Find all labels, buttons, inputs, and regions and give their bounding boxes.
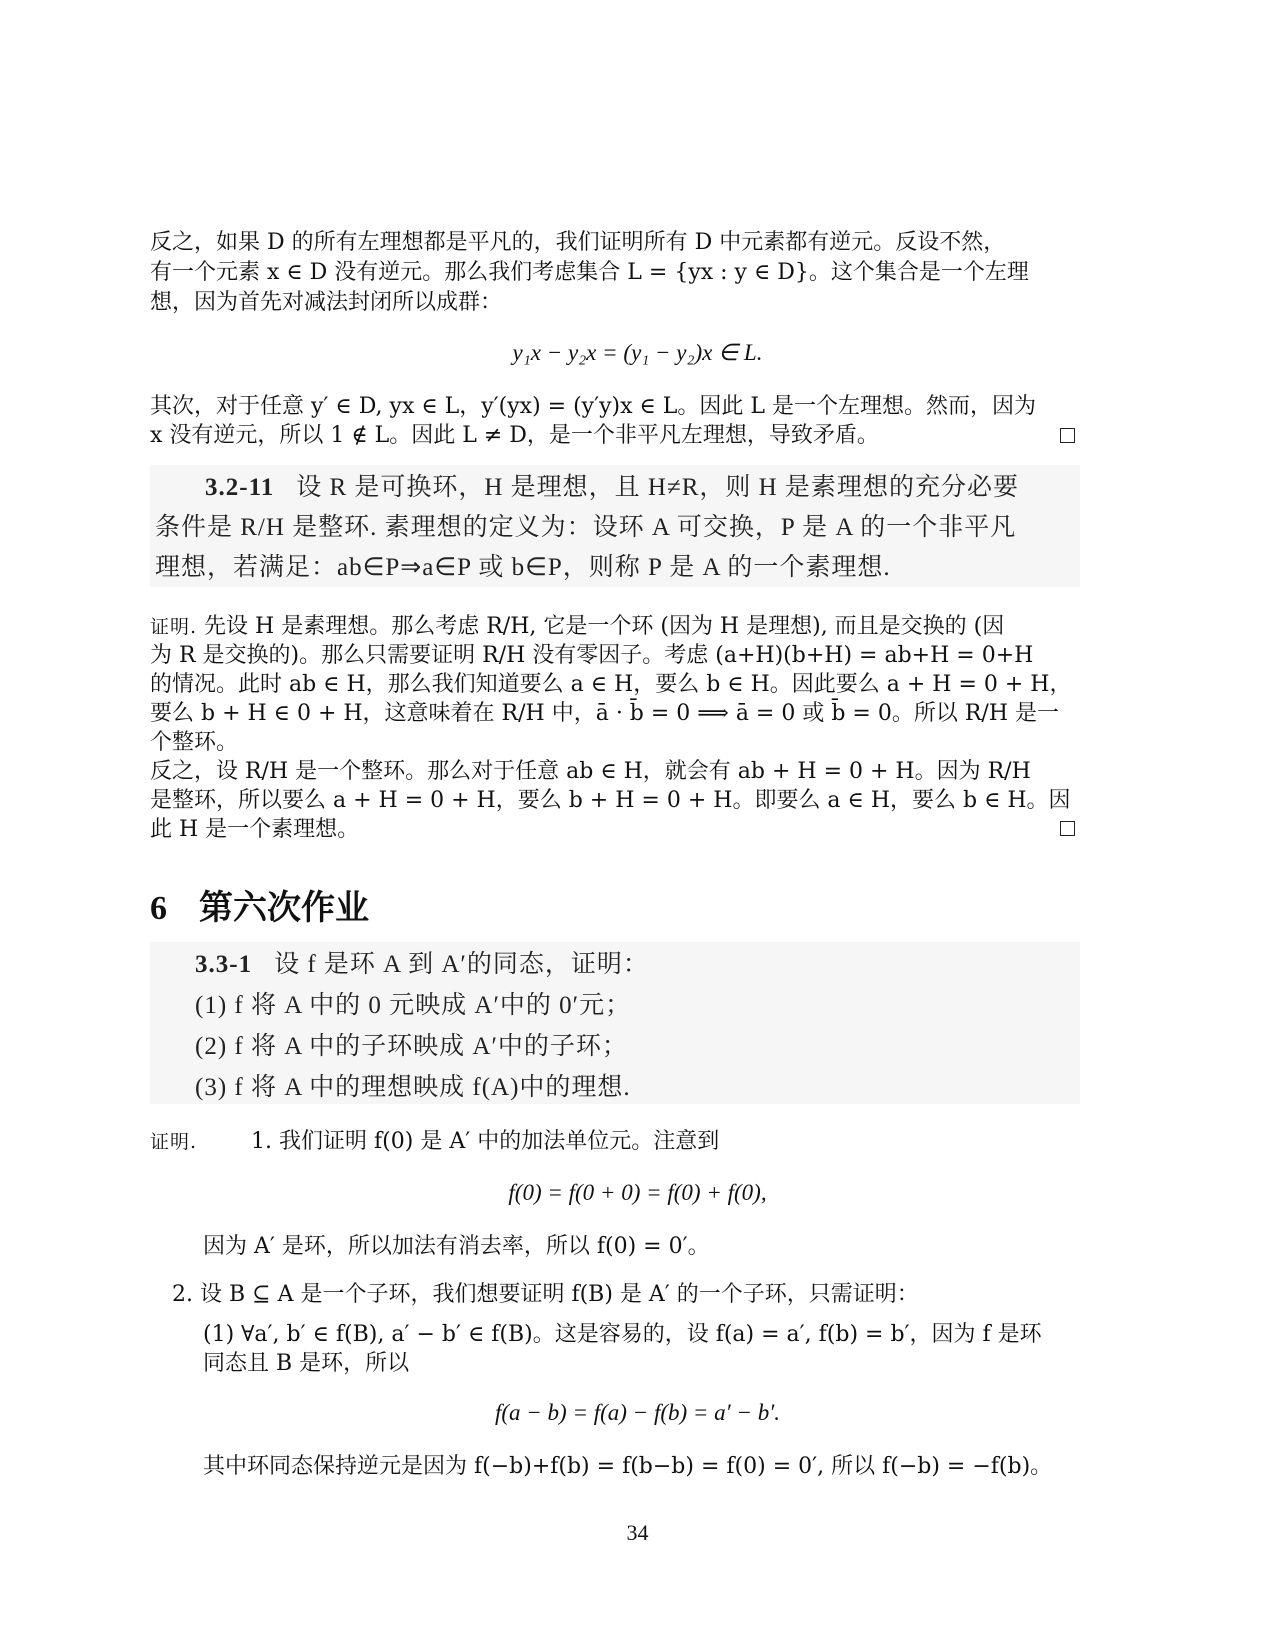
text-line: 反之，如果 D 的所有左理想都是平凡的，我们证明所有 D 中元素都有逆元。反设不… — [150, 228, 1005, 258]
display-equation: f(0) = f(0 + 0) = f(0) + f(0), — [0, 1180, 1275, 1206]
list-marker: 1. — [251, 1129, 272, 1154]
problem-text: 设 R 是可换环，H 是理想，且 H≠R，则 H 是素理想的充分必要 — [296, 474, 1019, 501]
display-equation: f(a − b) = f(a) − f(b) = a′ − b′. — [0, 1400, 1275, 1426]
problem-number: 3.2-11 — [205, 474, 274, 501]
problem-item: (2) f 将 A 中的子环映成 A′中的子环； — [195, 1026, 628, 1062]
section-title: 第六次作业 — [199, 890, 369, 927]
text-line: 为 R 是交换的)。那么只需要证明 R/H 没有零因子。考虑 (a+H)(b+H… — [150, 641, 1033, 671]
text-line: 其中环同态保持逆元是因为 f(−b)+f(b) = f(b−b) = f(0) … — [203, 1452, 1052, 1482]
section-heading: 6第六次作业 — [150, 880, 369, 929]
qed-box-icon — [1060, 821, 1075, 836]
proof-label: 证明. — [150, 616, 197, 638]
problem-image-3-3-1: 3.3-1设 f 是环 A 到 A′的同态，证明： (1) f 将 A 中的 0… — [150, 942, 1080, 1104]
text-line: 先设 H 是素理想。那么考虑 R/H, 它是一个环 (因为 H 是理想), 而且… — [204, 614, 1004, 639]
text-line: 是整环，所以要么 a + H = 0 + H，要么 b + H = 0 + H。… — [150, 786, 1071, 816]
text-line: 有一个元素 x ∈ D 没有逆元。那么我们考虑集合 L = {yx : y ∈ … — [150, 258, 1029, 288]
list-marker: 2. — [172, 1282, 193, 1307]
text-line: 要么 b + H ∈ 0 + H，这意味着在 R/H 中，ā · b̄ = 0 … — [150, 699, 1059, 729]
text-line: 其次，对于任意 y′ ∈ D, yx ∈ L，y′(yx) = (y′y)x ∈… — [150, 392, 1036, 422]
text-line: 我们证明 f(0) 是 A′ 中的加法单位元。注意到 — [279, 1129, 719, 1154]
text-line: 同态且 B 是环，所以 — [203, 1349, 409, 1379]
proof-label: 证明. — [150, 1131, 197, 1153]
text-line: 因为 A′ 是环，所以加法有消去率，所以 f(0) = 0′。 — [203, 1232, 710, 1262]
problem-number: 3.3-1 — [195, 951, 252, 978]
text-line: 想，因为首先对减法封闭所以成群： — [150, 288, 502, 318]
problem-item: (3) f 将 A 中的理想映成 f(A)中的理想. — [195, 1067, 631, 1103]
text-line: 反之，设 R/H 是一个整环。那么对于任意 ab ∈ H，就会有 ab + H … — [150, 757, 1031, 787]
problem-text: 设 f 是环 A 到 A′的同态，证明： — [274, 951, 649, 978]
text-line: 的情况。此时 ab ∈ H，那么我们知道要么 a ∈ H，要么 b ∈ H。因此… — [150, 670, 1072, 700]
text-line: 设 B ⊆ A 是一个子环，我们想要证明 f(B) 是 A′ 的一个子环，只需证… — [200, 1282, 919, 1307]
text-line: 此 H 是一个素理想。 — [150, 815, 359, 845]
text-line: x 没有逆元，所以 1 ∉ L。因此 L ≠ D，是一个非平凡左理想，导致矛盾。 — [150, 421, 879, 451]
problem-item: (1) f 将 A 中的 0 元映成 A′中的 0′元； — [195, 985, 631, 1021]
text-line: 个整环。 — [150, 728, 238, 758]
section-number: 6 — [150, 890, 167, 927]
qed-box-icon — [1060, 428, 1075, 443]
problem-text: 条件是 R/H 是整环. 素理想的定义为：设环 A 可交换，P 是 A 的一个非… — [155, 507, 1016, 543]
display-equation: y₁x − y₂x = (y₁ − y₂)x ∈ L. — [0, 340, 1275, 366]
problem-text: 理想，若满足：ab∈P⇒a∈P 或 b∈P，则称 P 是 A 的一个素理想. — [155, 547, 891, 583]
problem-image-3-2-11: 3.2-11设 R 是可换环，H 是理想，且 H≠R，则 H 是素理想的充分必要… — [150, 465, 1080, 587]
page-number: 34 — [0, 1520, 1275, 1546]
text-line: (1) ∀a′, b′ ∈ f(B), a′ − b′ ∈ f(B)。这是容易的… — [203, 1320, 1042, 1350]
